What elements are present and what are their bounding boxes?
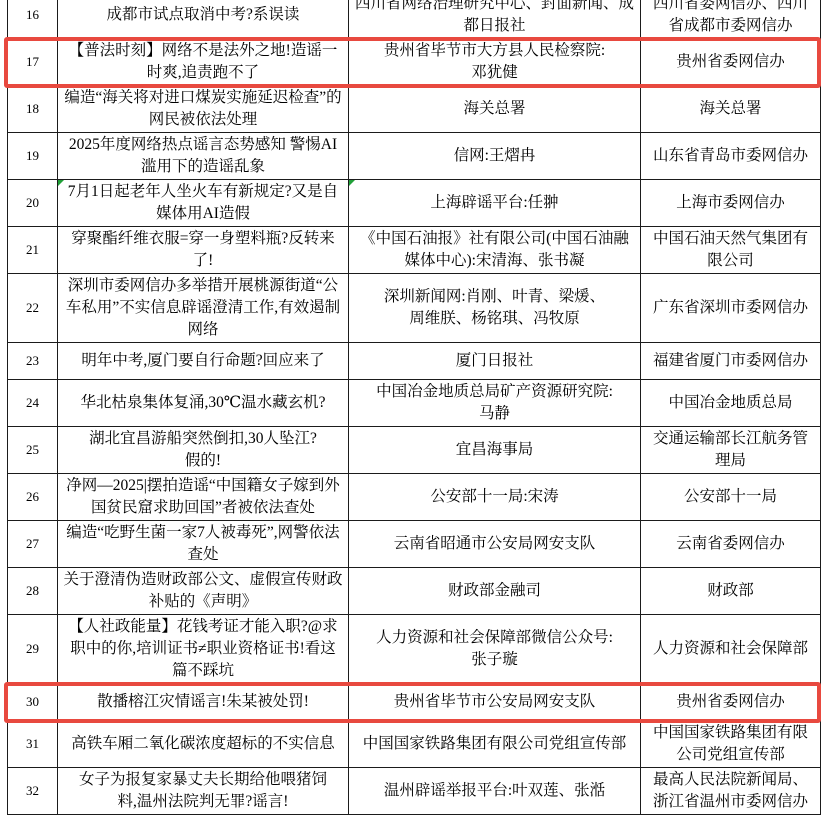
reporting-unit-cell: 交通运输部长江航务管理局 [641,427,821,474]
row-number-cell: 23 [8,343,58,380]
refutation-source: 云南省昭通市公安局网安支队 [394,533,596,555]
reporting-unit: 贵州省委网信办 [676,691,785,713]
reporting-unit-cell: 福建省厦门市委网信办 [641,343,821,380]
row-number-cell: 25 [8,427,58,474]
row-number-cell: 29 [8,615,58,684]
rumor-refutation-table: 16 成都市试点取消中考?系误读 四川省网络治理研究中心、封面新闻、成都日报社 … [7,0,821,815]
row-number: 17 [26,51,39,73]
rumor-title: 女子为报复家暴丈夫长期给他喂猪饲 料,温州法院判无罪?谣言! [79,769,327,813]
refutation-source: 《中国石油报》社有限公司(中国石油融媒体中心):宋清海、张书凝 [354,228,635,272]
refutation-source: 贵州省毕节市公安局网安支队 [394,691,596,713]
table-row: 19 2025年度网络热点谣言态势感知 警惕AI滥用下的造谣乱象 信网:王熠冉 … [8,133,821,180]
table-row: 16 成都市试点取消中考?系误读 四川省网络治理研究中心、封面新闻、成都日报社 … [8,0,821,39]
table-row: 21 穿聚酯纤维衣服=穿一身塑料瓶?反转来了! 《中国石油报》社有限公司(中国石… [8,227,821,274]
table-row: 22 深圳市委网信办多举措开展桃源街道“公车私用”不实信息辟谣澄清工作,有效遏制… [8,274,821,343]
rumor-title: 穿聚酯纤维衣服=穿一身塑料瓶?反转来了! [63,228,343,272]
rumor-title-cell: 净网—2025|摆拍造谣“中国籍女子嫁到外国贫民窟求助回国”者被依法查处 [58,474,349,521]
table-row: 30 散播榕江灾情谣言!朱某被处罚! 贵州省毕节市公安局网安支队 贵州省委网信办 [8,684,821,721]
row-number: 16 [26,4,39,26]
row-number-cell: 27 [8,521,58,568]
refutation-source-cell: 上海辟谣平台:任翀 [349,180,641,227]
rumor-title-cell: 7月1日起老年人坐火车有新规定?又是自媒体用AI造假 [58,180,349,227]
rumor-title: 【普法时刻】网络不是法外之地!造谣一时爽,追责跑不了 [63,40,343,84]
row-number-cell: 19 [8,133,58,180]
row-number-cell: 22 [8,274,58,343]
rumor-title-cell: 【普法时刻】网络不是法外之地!造谣一时爽,追责跑不了 [58,39,349,86]
row-number-cell: 24 [8,380,58,427]
rumor-title-cell: 穿聚酯纤维衣服=穿一身塑料瓶?反转来了! [58,227,349,274]
row-number-cell: 16 [8,0,58,39]
row-number: 20 [26,192,39,214]
rumor-title: 深圳市委网信办多举措开展桃源街道“公车私用”不实信息辟谣澄清工作,有效遏制网络 [63,275,343,341]
reporting-unit: 交通运输部长江航务管理局 [646,428,815,472]
reporting-unit: 山东省青岛市委网信办 [653,145,808,167]
rumor-title-cell: 湖北宜昌游船突然倒扣,30人坠江? 假的! [58,427,349,474]
refutation-source-cell: 温州辟谣举报平台:叶双莲、张湉 [349,768,641,815]
reporting-unit-cell: 财政部 [641,568,821,615]
rumor-refutation-table-screenshot: 16 成都市试点取消中考?系误读 四川省网络治理研究中心、封面新闻、成都日报社 … [0,0,824,818]
reporting-unit: 公安部十一局 [684,486,777,508]
rumor-title-cell: 散播榕江灾情谣言!朱某被处罚! [58,684,349,721]
refutation-source-cell: 宜昌海事局 [349,427,641,474]
row-number-cell: 17 [8,39,58,86]
table-row: 24 华北枯泉集体复涌,30℃温水藏玄机? 中国冶金地质总局矿产资源研究院: 马… [8,380,821,427]
rumor-title-cell: 明年中考,厦门要自行命题?回应来了 [58,343,349,380]
rumor-title: 湖北宜昌游船突然倒扣,30人坠江? 假的! [89,428,317,472]
refutation-source: 厦门日报社 [456,350,534,372]
refutation-source: 宜昌海事局 [456,439,534,461]
rumor-title-cell: 高铁车厢二氧化碳浓度超标的不实信息 [58,721,349,768]
reporting-unit-cell: 海关总署 [641,86,821,133]
row-number-cell: 31 [8,721,58,768]
table-row: 29 【人社政能量】花钱考证才能入职?@求职中的你,培训证书≠职业资格证书!看这… [8,615,821,684]
refutation-source-cell: 人力资源和社会保障部微信公众号: 张子璇 [349,615,641,684]
table-row: 23 明年中考,厦门要自行命题?回应来了 厦门日报社 福建省厦门市委网信办 [8,343,821,380]
rumor-title: 华北枯泉集体复涌,30℃温水藏玄机? [80,392,325,414]
row-number: 26 [26,486,39,508]
refutation-source-cell: 公安部十一局:宋涛 [349,474,641,521]
row-number: 32 [26,780,39,802]
row-number: 31 [26,733,39,755]
cell-flag-triangle-icon [58,180,64,186]
refutation-source: 人力资源和社会保障部微信公众号: 张子璇 [376,627,613,671]
refutation-source-cell: 厦门日报社 [349,343,641,380]
rumor-title-cell: 2025年度网络热点谣言态势感知 警惕AI滥用下的造谣乱象 [58,133,349,180]
reporting-unit-cell: 中国石油天然气集团有限公司 [641,227,821,274]
reporting-unit: 财政部 [707,580,754,602]
table-row: 26 净网—2025|摆拍造谣“中国籍女子嫁到外国贫民窟求助回国”者被依法查处 … [8,474,821,521]
rumor-title-cell: 成都市试点取消中考?系误读 [58,0,349,39]
refutation-source: 贵州省毕节市大方县人民检察院: 邓犹健 [384,40,605,84]
rumor-title: 净网—2025|摆拍造谣“中国籍女子嫁到外国贫民窟求助回国”者被依法查处 [63,475,343,519]
rumor-title: 高铁车厢二氧化碳浓度超标的不实信息 [71,733,335,755]
refutation-source: 公安部十一局:宋涛 [430,486,558,508]
rumor-title-cell: 编造“吃野生菌一家7人被毒死”,网警依法查处 [58,521,349,568]
row-number-cell: 28 [8,568,58,615]
cell-flag-triangle-icon [349,180,355,186]
refutation-source-cell: 云南省昭通市公安局网安支队 [349,521,641,568]
refutation-source-cell: 四川省网络治理研究中心、封面新闻、成都日报社 [349,0,641,39]
reporting-unit: 人力资源和社会保障部 [653,638,808,660]
rumor-title: 成都市试点取消中考?系误读 [107,4,300,26]
row-number-cell: 20 [8,180,58,227]
reporting-unit-cell: 贵州省委网信办 [641,684,821,721]
refutation-source-cell: 贵州省毕节市大方县人民检察院: 邓犹健 [349,39,641,86]
row-number: 25 [26,439,39,461]
rumor-title-cell: 深圳市委网信办多举措开展桃源街道“公车私用”不实信息辟谣澄清工作,有效遏制网络 [58,274,349,343]
reporting-unit: 贵州省委网信办 [676,51,785,73]
rumor-title-cell: 关于澄清伪造财政部公文、虚假宣传财政补贴的《声明》 [58,568,349,615]
refutation-source: 上海辟谣平台:任翀 [430,192,558,214]
reporting-unit: 广东省深圳市委网信办 [653,297,808,319]
table-row: 28 关于澄清伪造财政部公文、虚假宣传财政补贴的《声明》 财政部金融司 财政部 [8,568,821,615]
refutation-source-cell: 深圳新闻网:肖刚、叶青、梁煖、 周维朕、杨铭琪、冯牧原 [349,274,641,343]
reporting-unit-cell: 贵州省委网信办 [641,39,821,86]
row-number: 22 [26,297,39,319]
refutation-source-cell: 海关总署 [349,86,641,133]
rumor-title: 编造“海关将对进口煤炭实施延迟检查”的网民被依法处理 [63,87,343,131]
reporting-unit: 海关总署 [699,98,761,120]
table-row: 17 【普法时刻】网络不是法外之地!造谣一时爽,追责跑不了 贵州省毕节市大方县人… [8,39,821,86]
refutation-source-cell: 信网:王熠冉 [349,133,641,180]
refutation-source-cell: 中国冶金地质总局矿产资源研究院: 马静 [349,380,641,427]
refutation-source: 中国国家铁路集团有限公司党组宣传部 [363,733,627,755]
table-row: 32 女子为报复家暴丈夫长期给他喂猪饲 料,温州法院判无罪?谣言! 温州辟谣举报… [8,768,821,815]
reporting-unit: 中国国家铁路集团有限公司党组宣传部 [646,722,815,766]
table-row: 18 编造“海关将对进口煤炭实施延迟检查”的网民被依法处理 海关总署 海关总署 [8,86,821,133]
refutation-source-cell: 贵州省毕节市公安局网安支队 [349,684,641,721]
rumor-title: 2025年度网络热点谣言态势感知 警惕AI滥用下的造谣乱象 [63,134,343,178]
row-number-cell: 21 [8,227,58,274]
reporting-unit-cell: 中国国家铁路集团有限公司党组宣传部 [641,721,821,768]
row-number: 28 [26,580,39,602]
refutation-source: 海关总署 [463,98,525,120]
reporting-unit-cell: 人力资源和社会保障部 [641,615,821,684]
refutation-source: 深圳新闻网:肖刚、叶青、梁煖、 周维朕、杨铭琪、冯牧原 [384,286,605,330]
reporting-unit-cell: 上海市委网信办 [641,180,821,227]
rumor-title-cell: 【人社政能量】花钱考证才能入职?@求职中的你,培训证书≠职业资格证书!看这篇不踩… [58,615,349,684]
table-row: 31 高铁车厢二氧化碳浓度超标的不实信息 中国国家铁路集团有限公司党组宣传部 中… [8,721,821,768]
rumor-title: 关于澄清伪造财政部公文、虚假宣传财政补贴的《声明》 [63,569,343,613]
reporting-unit-cell: 山东省青岛市委网信办 [641,133,821,180]
reporting-unit: 最高人民法院新闻局、浙江省温州市委网信办 [646,769,815,813]
reporting-unit: 四川省委网信办、四川省成都市委网信办 [646,0,815,37]
row-number: 24 [26,392,39,414]
rumor-title: 编造“吃野生菌一家7人被毒死”,网警依法查处 [63,522,343,566]
row-number: 21 [26,239,39,261]
refutation-source-cell: 《中国石油报》社有限公司(中国石油融媒体中心):宋清海、张书凝 [349,227,641,274]
rumor-title: 【人社政能量】花钱考证才能入职?@求职中的你,培训证书≠职业资格证书!看这篇不踩… [63,616,343,682]
reporting-unit-cell: 中国冶金地质总局 [641,380,821,427]
refutation-source-cell: 中国国家铁路集团有限公司党组宣传部 [349,721,641,768]
table-row: 20 7月1日起老年人坐火车有新规定?又是自媒体用AI造假 上海辟谣平台:任翀 … [8,180,821,227]
row-number-cell: 30 [8,684,58,721]
reporting-unit: 福建省厦门市委网信办 [653,350,808,372]
refutation-source-cell: 财政部金融司 [349,568,641,615]
table-row: 25 湖北宜昌游船突然倒扣,30人坠江? 假的! 宜昌海事局 交通运输部长江航务… [8,427,821,474]
rumor-title: 散播榕江灾情谣言!朱某被处罚! [97,691,309,713]
row-number-cell: 18 [8,86,58,133]
row-number-cell: 26 [8,474,58,521]
rumor-title: 明年中考,厦门要自行命题?回应来了 [81,350,324,372]
row-number: 18 [26,98,39,120]
row-number: 23 [26,350,39,372]
table-row: 27 编造“吃野生菌一家7人被毒死”,网警依法查处 云南省昭通市公安局网安支队 … [8,521,821,568]
row-number: 29 [26,638,39,660]
reporting-unit: 上海市委网信办 [676,192,785,214]
row-number-cell: 32 [8,768,58,815]
reporting-unit-cell: 公安部十一局 [641,474,821,521]
reporting-unit: 中国石油天然气集团有限公司 [646,228,815,272]
rumor-title: 7月1日起老年人坐火车有新规定?又是自媒体用AI造假 [63,181,343,225]
refutation-source: 四川省网络治理研究中心、封面新闻、成都日报社 [354,0,635,37]
refutation-source: 中国冶金地质总局矿产资源研究院: 马静 [376,381,613,425]
refutation-source: 财政部金融司 [448,580,541,602]
row-number: 27 [26,533,39,555]
rumor-title-cell: 女子为报复家暴丈夫长期给他喂猪饲 料,温州法院判无罪?谣言! [58,768,349,815]
refutation-source: 信网:王熠冉 [454,145,536,167]
rumor-title-cell: 编造“海关将对进口煤炭实施延迟检查”的网民被依法处理 [58,86,349,133]
row-number: 30 [26,691,39,713]
table-body: 16 成都市试点取消中考?系误读 四川省网络治理研究中心、封面新闻、成都日报社 … [8,0,821,815]
refutation-source: 温州辟谣举报平台:叶双莲、张湉 [384,780,605,802]
row-number: 19 [26,145,39,167]
reporting-unit-cell: 最高人民法院新闻局、浙江省温州市委网信办 [641,768,821,815]
reporting-unit-cell: 云南省委网信办 [641,521,821,568]
reporting-unit-cell: 四川省委网信办、四川省成都市委网信办 [641,0,821,39]
reporting-unit: 云南省委网信办 [676,533,785,555]
rumor-title-cell: 华北枯泉集体复涌,30℃温水藏玄机? [58,380,349,427]
reporting-unit: 中国冶金地质总局 [668,392,792,414]
reporting-unit-cell: 广东省深圳市委网信办 [641,274,821,343]
